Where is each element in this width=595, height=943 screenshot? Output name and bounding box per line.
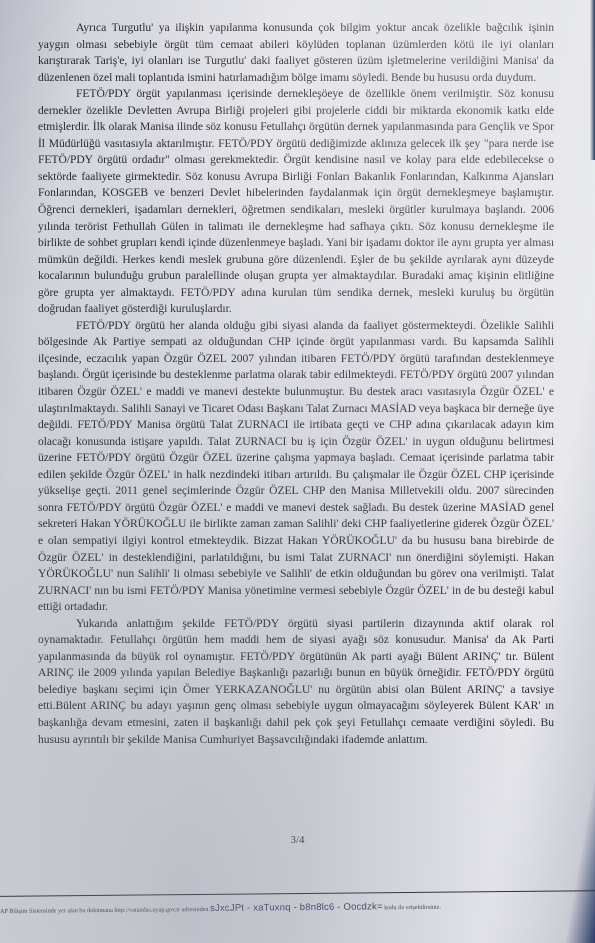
background-edge: [590, 0, 595, 160]
page-number: 3/4: [0, 834, 595, 846]
footer-prefix: AP Bilişim Sisteminde yer alan bu doküma…: [0, 906, 209, 915]
document-body: Ayrıca Turgutlu' ya ilişkin yapılanma ko…: [38, 20, 554, 748]
paragraph-associations: FETÖ/PDY örgüt yapılanması içerisinde de…: [38, 86, 554, 318]
footer-divider: [0, 890, 595, 897]
verification-code: sJxcJPt - xaTuxnq - b8n8lc6 - Oocdzk=: [210, 901, 383, 914]
paragraph-political: FETÖ/PDY örgütü her alanda olduğu gibi s…: [38, 318, 554, 616]
paragraph-turgutlu: Ayrıca Turgutlu' ya ilişkin yapılanma ko…: [38, 20, 554, 86]
paragraph-party-design: Yukarıda anlattığım şekilde FETÖ/PDY örg…: [38, 616, 554, 748]
document-page: Ayrıca Turgutlu' ya ilişkin yapılanma ko…: [0, 0, 595, 943]
verification-footer: AP Bilişim Sisteminde yer alan bu doküma…: [0, 899, 595, 916]
footer-suffix: kodu ile erişebilirsiniz.: [384, 904, 441, 912]
